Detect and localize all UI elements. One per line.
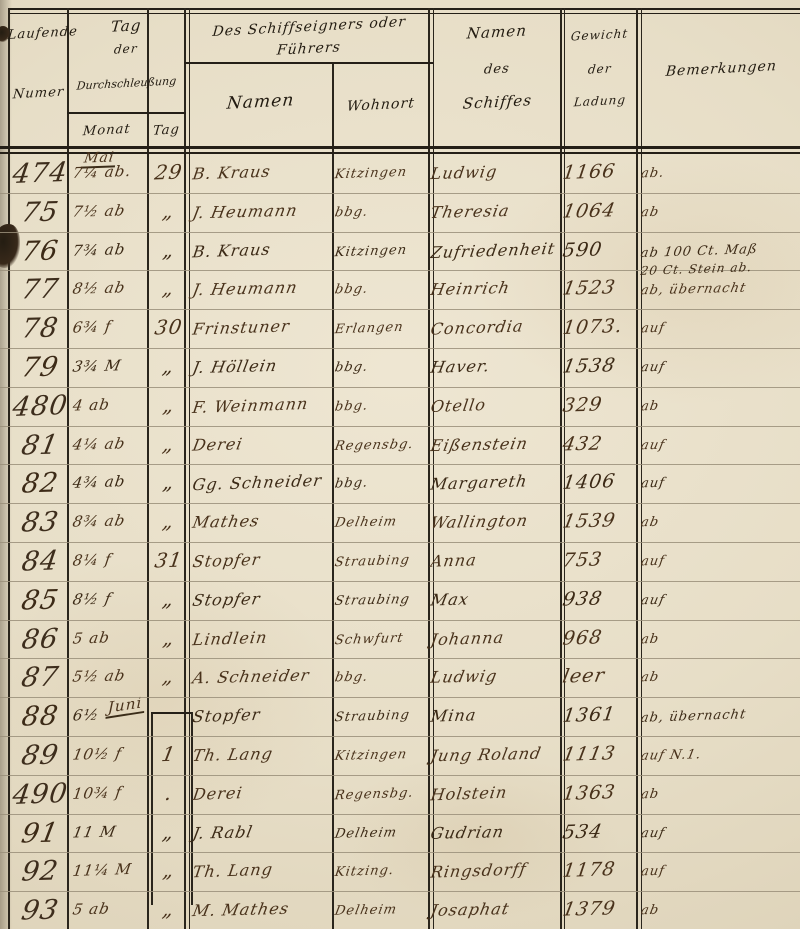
row-number: 474 — [12, 158, 68, 189]
cargo-weight: 590 — [563, 239, 635, 261]
row-number-text: 93 — [19, 895, 61, 927]
ship-name-text: Mina — [430, 705, 478, 726]
remark-text: auf — [640, 825, 667, 841]
ship-name: Max — [431, 590, 559, 609]
header-gewicht-der: der — [564, 58, 636, 77]
owner-residence-text: Regensbg. — [333, 437, 415, 454]
row-number: 81 — [12, 430, 68, 461]
owner-name-text: J. Heumann — [191, 201, 299, 223]
subheader-tag: Tag — [147, 119, 185, 138]
passage-time: 7½ ab — [73, 202, 147, 220]
ship-name: Anna — [431, 551, 559, 570]
passage-time: 8¾ ab — [73, 512, 147, 530]
cargo-weight: 1166 — [563, 161, 635, 183]
row-number-text: 83 — [19, 507, 61, 539]
cargo-weight: 432 — [563, 433, 635, 455]
cargo-weight: 1523 — [563, 277, 635, 299]
remark: auf — [641, 321, 799, 336]
owner-residence-text: Straubing — [334, 708, 411, 726]
day-of-month-text: „ — [161, 199, 177, 223]
header-schiff-namen: Namen — [434, 22, 560, 41]
remark-text: auf — [640, 321, 666, 337]
cargo-weight-text: leer — [561, 665, 607, 688]
owner-name: J. Rabl — [193, 823, 331, 842]
remark: auf — [641, 826, 799, 841]
ledger-row: 814¼ ab„DereiRegensbg.Eißenstein432auf — [0, 426, 800, 465]
owner-residence: Erlangen — [335, 321, 427, 336]
owner-name-text: J. Heumann — [191, 278, 299, 300]
owner-name-text: Stopfer — [191, 589, 262, 610]
remark-text: ab — [640, 631, 660, 647]
passage-time-text: 8½ ab — [71, 279, 127, 298]
day-of-month: „ — [150, 238, 188, 262]
owner-residence: Kitzingen — [335, 166, 427, 181]
owner-name: Stopfer — [193, 551, 331, 570]
remark: ab — [641, 632, 799, 647]
row-number-text: 480 — [10, 390, 69, 423]
owner-name: Lindlein — [193, 629, 331, 648]
owner-residence-text: Straubing — [333, 592, 411, 609]
remark-text: auf — [640, 554, 666, 570]
ship-name-text: Theresia — [429, 201, 511, 222]
remark-text: ab — [640, 670, 661, 685]
owner-residence-text: Erlangen — [334, 320, 405, 337]
ledger-row: 875½ ab„A. Schneiderbbg.Ludwigleerab — [0, 658, 800, 697]
owner-residence: bbg. — [335, 476, 427, 491]
ship-name-text: Jung Roland — [429, 744, 543, 766]
day-of-month-text: 1 — [160, 742, 178, 766]
owner-subheader-line — [184, 62, 433, 64]
day-of-month-text: „ — [162, 858, 177, 882]
remark-text: auf — [640, 864, 666, 880]
remark: ab. — [641, 166, 799, 181]
remark-text: ab — [640, 515, 661, 530]
row-number: 85 — [12, 585, 68, 616]
passage-time-text: 11 M — [71, 822, 118, 841]
ship-name-text: Gudrian — [429, 822, 506, 843]
owner-residence: Regensbg. — [335, 438, 427, 453]
owner-name: J. Höllein — [193, 357, 331, 376]
cargo-weight-text: 1363 — [561, 781, 617, 805]
day-of-month: 30 — [150, 315, 188, 339]
ship-name: Eißenstein — [431, 435, 559, 454]
owner-name: F. Weinmann — [193, 396, 331, 415]
ledger-row: 858½ f„StopferStraubingMax938auf — [0, 581, 800, 620]
row-number-text: 92 — [20, 856, 61, 888]
ledger-row: 9211¼ M„Th. LangKitzing.Ringsdorff1178au… — [0, 852, 800, 891]
cargo-weight: 1064 — [563, 200, 635, 222]
ledger-row: 8910½ f1Th. LangKitzingenJung Roland1113… — [0, 736, 800, 775]
day-of-month: „ — [150, 587, 188, 611]
ledger-row: 778½ ab„J. Heumannbbg.Heinrich1523ab, üb… — [0, 270, 800, 309]
cargo-weight: leer — [563, 665, 635, 687]
day-of-month: „ — [150, 858, 188, 882]
row-number: 84 — [12, 546, 68, 577]
remark: auf — [641, 360, 799, 375]
ledger-row: 935 ab„M. MathesDelheimJosaphat1379ab — [0, 891, 800, 929]
header-bemerkungen: Bemerkungen — [642, 58, 800, 77]
ship-name-text: Ludwig — [429, 162, 498, 183]
owner-residence: bbg. — [335, 399, 427, 414]
cargo-weight: 1379 — [563, 898, 635, 920]
cargo-weight-text: 1539 — [561, 510, 618, 533]
ship-name-text: Max — [429, 589, 471, 609]
passage-time: 4¾ ab — [73, 473, 147, 491]
day-of-month-text: „ — [161, 509, 177, 533]
owner-name-text: M. Mathes — [191, 899, 291, 920]
remark-text: auf — [640, 593, 667, 609]
day-of-month-text: „ — [162, 625, 177, 649]
owner-residence: Delheim — [335, 826, 427, 841]
ledger-row: 865 ab„LindleinSchwfurtJohanna968ab — [0, 620, 800, 659]
ship-name-text: Anna — [430, 550, 479, 571]
row-number: 88 — [12, 701, 68, 732]
day-of-month: „ — [150, 276, 188, 300]
owner-residence-text: Schwfurt — [334, 630, 405, 647]
ledger-row: 886½StopferStraubingMina1361ab, übernach… — [0, 697, 800, 736]
ship-name-text: Heinrich — [429, 278, 512, 299]
ledger-row: 848¼ f31StopferStraubingAnna753auf — [0, 542, 800, 581]
owner-residence: Delheim — [335, 515, 427, 530]
cargo-weight-text: 1379 — [561, 898, 618, 921]
cargo-weight-text: 968 — [561, 626, 604, 649]
owner-residence-text: Kitzingen — [334, 242, 408, 259]
subheader-wohnort: Wohnort — [334, 94, 428, 113]
remark: ab — [641, 399, 799, 414]
owner-name: B. Kraus — [193, 163, 331, 182]
remark-text: ab. — [640, 166, 665, 182]
owner-residence: Regensbg. — [335, 787, 427, 802]
passage-time-text: 6½ — [72, 706, 101, 725]
owner-residence-text: bbg. — [334, 360, 370, 376]
remark-text: ab, übernacht — [640, 707, 748, 726]
header-durchschleussung: Durchschleußung — [64, 72, 188, 91]
row-number: 86 — [12, 624, 68, 655]
ship-name: Otello — [431, 396, 559, 415]
cargo-weight-text: 938 — [561, 587, 605, 610]
cargo-weight-text: 1361 — [561, 703, 617, 727]
passage-time: 11 M — [73, 823, 147, 841]
ledger-row: 4804 ab„F. Weinmannbbg.Otello329ab — [0, 387, 800, 426]
day-of-month: „ — [150, 897, 188, 921]
ship-name: Ludwig — [431, 667, 559, 686]
owner-name-text: J. Höllein — [191, 356, 279, 377]
passage-time-text: 10½ f — [71, 744, 124, 763]
ledger-row: 786¾ f30FrinstunerErlangenConcordia1073.… — [0, 309, 800, 348]
owner-residence: Schwfurt — [335, 632, 427, 647]
cargo-weight-text: 1178 — [561, 858, 617, 882]
row-number: 93 — [12, 895, 68, 926]
ship-name: Holstein — [431, 784, 559, 803]
day-of-month-text: 30 — [153, 315, 184, 340]
row-number-text: 86 — [20, 623, 61, 655]
day-of-month-text: „ — [161, 431, 177, 455]
row-number-text: 474 — [10, 157, 69, 190]
owner-residence: Kitzing. — [335, 864, 427, 879]
cargo-weight: 1406 — [563, 471, 635, 493]
cargo-weight: 329 — [563, 394, 635, 416]
remark-text: auf N.1. — [639, 747, 702, 763]
ship-name-text: Otello — [430, 395, 488, 416]
row-number: 91 — [12, 818, 68, 849]
owner-name-text: J. Rabl — [191, 822, 255, 842]
header-schiff-des: des — [434, 58, 560, 77]
passage-time-text: 4 ab — [72, 395, 112, 414]
header-numer: Numer — [12, 85, 65, 103]
owner-name-text: A. Schneider — [191, 666, 311, 688]
passage-time: 11¼ M — [73, 861, 147, 879]
header-running-number: Laufende — [8, 22, 68, 41]
cargo-weight: 1178 — [563, 859, 635, 881]
day-of-month-text: „ — [162, 237, 177, 261]
owner-name: J. Heumann — [193, 202, 331, 221]
owner-name-text: Mathes — [191, 511, 261, 532]
owner-residence: bbg. — [335, 282, 427, 297]
owner-residence-text: Delheim — [333, 825, 398, 842]
ship-name-text: Zufriedenheit — [429, 238, 556, 261]
row-number: 490 — [12, 779, 68, 810]
ledger-page: Laufende Numer Tag der Durchschleußung M… — [0, 0, 800, 929]
remark: ab — [641, 787, 799, 802]
owner-name: Derei — [193, 435, 331, 454]
day-of-month: 1 — [150, 742, 188, 766]
passage-time-text: 7¾ ab — [72, 240, 127, 260]
remark: ab — [641, 515, 799, 530]
passage-time-text: 4¼ ab — [71, 434, 127, 453]
passage-time: 5 ab — [73, 629, 147, 647]
passage-time-text: 4¾ ab — [72, 472, 127, 492]
ship-name-text: Josaphat — [429, 899, 511, 920]
row-number-text: 91 — [19, 817, 61, 849]
passage-time: 6½ — [73, 706, 147, 724]
owner-residence-text: bbg. — [334, 204, 370, 220]
day-of-month: 31 — [150, 548, 188, 572]
cargo-weight-text: 1406 — [561, 470, 617, 494]
passage-time: 7¾ ab — [73, 241, 147, 259]
row-number-text: 75 — [19, 196, 61, 228]
owner-name: Stopfer — [193, 590, 331, 609]
owner-name: Mathes — [193, 512, 331, 531]
row-number-text: 77 — [19, 274, 61, 306]
owner-residence-text: Delheim — [333, 514, 398, 531]
ship-name-text: Margareth — [429, 472, 528, 494]
day-of-month-text: . — [164, 781, 175, 805]
owner-name: Gg. Schneider — [193, 473, 331, 492]
owner-residence: Kitzingen — [335, 748, 427, 763]
row-number: 480 — [12, 391, 68, 422]
remark: auf N.1. — [641, 748, 799, 763]
cargo-weight-text: 590 — [561, 238, 604, 261]
day-of-month: „ — [150, 820, 188, 844]
owner-residence-text: Kitzing. — [334, 863, 395, 880]
day-of-month: „ — [150, 470, 188, 494]
owner-residence: Kitzingen — [335, 244, 427, 259]
owner-name-text: Lindlein — [191, 627, 268, 649]
remark-text: ab — [640, 903, 661, 918]
ledger-row: 49010¾ f.DereiRegensbg.Holstein1363ab — [0, 775, 800, 814]
ship-name: Gudrian — [431, 823, 559, 842]
ledger-row: 9111 M„J. RablDelheimGudrian534auf — [0, 814, 800, 853]
ship-name: Haver. — [431, 357, 559, 376]
cargo-weight: 753 — [563, 549, 635, 571]
owner-name: B. Kraus — [193, 241, 331, 260]
ship-name: Concordia — [431, 318, 559, 337]
row-number-text: 84 — [20, 545, 61, 577]
passage-time-text: 6¾ f — [72, 318, 113, 337]
owner-residence: Straubing — [335, 554, 427, 569]
passage-time: 7¼ ab. — [73, 163, 147, 181]
owner-residence-text: Kitzingen — [334, 165, 408, 182]
ledger-row: 824¾ ab„Gg. Schneiderbbg.Margareth1406au… — [0, 464, 800, 503]
ship-name-text: Eißenstein — [429, 433, 530, 454]
owner-name: Derei — [193, 784, 331, 803]
ship-name: Johanna — [431, 629, 559, 648]
owner-name: Frinstuner — [193, 318, 331, 337]
passage-time-text: 8¼ f — [72, 550, 113, 569]
ship-name: Theresia — [431, 202, 559, 221]
day-of-month: „ — [150, 664, 188, 688]
owner-name-text: Derei — [192, 783, 244, 804]
remark-text: auf — [640, 437, 667, 453]
owner-name-text: Th. Lang — [191, 860, 274, 882]
day-of-month-text: 31 — [153, 548, 184, 573]
subheader-monat: Monat — [67, 119, 147, 138]
owner-residence: Straubing — [335, 593, 427, 608]
remark-text: ab, übernacht — [639, 281, 747, 299]
row-number-text: 82 — [20, 468, 61, 500]
row-number-text: 490 — [10, 778, 69, 811]
ledger-row: 838¾ ab„MathesDelheimWallington1539ab — [0, 503, 800, 542]
day-of-month: „ — [150, 199, 188, 223]
header-tag: Tag — [67, 16, 185, 35]
row-number-text: 78 — [20, 313, 61, 345]
passage-time-text: 7½ ab — [71, 201, 127, 220]
row-number: 79 — [12, 352, 68, 383]
remark: ab — [641, 670, 799, 685]
owner-name: Th. Lang — [193, 745, 331, 764]
day-of-month: „ — [150, 393, 188, 417]
passage-time: 5 ab — [73, 900, 147, 918]
remark: ab, übernacht — [641, 709, 799, 724]
monat-tag-subheader-line — [67, 112, 186, 114]
passage-time-text: 7¼ ab. — [72, 162, 133, 182]
cargo-weight-text: 1064 — [561, 199, 618, 222]
remark: auf — [641, 438, 799, 453]
row-number-text: 76 — [20, 235, 61, 267]
day-of-month: . — [150, 781, 188, 805]
ledger-row: 4747¼ ab.29B. KrausKitzingenLudwig1166ab… — [0, 154, 800, 193]
remark: auf — [641, 554, 799, 569]
owner-residence-text: bbg. — [334, 476, 369, 492]
day-of-month-text: „ — [161, 587, 177, 611]
owner-residence-text: Straubing — [334, 553, 411, 571]
day-of-month: „ — [150, 354, 188, 378]
row-number-text: 88 — [20, 701, 61, 733]
owner-residence-text: bbg. — [334, 670, 370, 686]
owner-name: Stopfer — [193, 706, 331, 725]
subheader-namen: Namen — [189, 92, 332, 112]
owner-name-text: Gg. Schneider — [191, 471, 323, 494]
owner-residence: Delheim — [335, 903, 427, 918]
header-running-number-2: Numer — [8, 82, 68, 101]
day-of-month — [150, 703, 188, 727]
cargo-weight: 938 — [563, 588, 635, 610]
remark: auf — [641, 593, 799, 608]
remark: auf — [641, 864, 799, 879]
cargo-weight-text: 1523 — [561, 277, 618, 300]
ship-name: Zufriedenheit — [431, 241, 559, 260]
ship-name-text: Haver. — [429, 356, 492, 376]
ship-name: Margareth — [431, 473, 559, 492]
remark: ab 100 Ct. Maß — [641, 244, 799, 259]
day-of-month-text: „ — [162, 393, 177, 417]
cargo-weight-text: 329 — [561, 393, 604, 416]
header-schiffseigner: Des Schiffseigners oder — [189, 16, 429, 35]
header-gewicht: Gewicht — [564, 24, 636, 43]
cargo-weight-text: 1113 — [561, 742, 618, 765]
owner-name-text: B. Kraus — [191, 239, 272, 261]
row-number: 87 — [12, 662, 68, 693]
owner-name-text: B. Kraus — [191, 162, 272, 184]
row-number-text: 89 — [19, 740, 61, 772]
owner-residence: bbg. — [335, 670, 427, 685]
passage-time: 6¾ f — [73, 318, 147, 336]
owner-residence-text: Regensbg. — [334, 785, 415, 803]
row-number: 77 — [12, 274, 68, 305]
passage-time: 8½ f — [73, 590, 147, 608]
owner-residence-text: Delheim — [333, 902, 398, 919]
ship-name-text: Concordia — [429, 317, 525, 339]
row-number: 92 — [12, 856, 68, 887]
remark: auf — [641, 476, 799, 491]
day-of-month-text: 29 — [153, 160, 184, 185]
ship-name: Ringsdorff — [431, 861, 559, 880]
day-of-month-text: „ — [162, 470, 177, 494]
passage-time-text: 8¾ ab — [71, 512, 127, 531]
passage-time-text: 3¾ M — [71, 356, 123, 375]
ledger-row: 757½ ab„J. Heumannbbg.Theresia1064ab — [0, 193, 800, 232]
remark-text: auf — [640, 360, 667, 376]
owner-name-text: Stopfer — [191, 550, 261, 571]
cargo-weight: 1539 — [563, 510, 635, 532]
cargo-weight: 1361 — [563, 704, 635, 726]
cargo-weight-text: 1538 — [561, 354, 618, 377]
cargo-weight: 1538 — [563, 355, 635, 377]
cargo-weight-text: 753 — [561, 548, 604, 571]
owner-name-text: Frinstuner — [191, 317, 291, 339]
row-number-text: 87 — [19, 662, 61, 694]
remark-text: ab — [640, 786, 660, 802]
header-fuehrers: Führers — [189, 38, 429, 57]
cargo-weight-text: 534 — [561, 820, 605, 843]
cargo-weight-text: 432 — [561, 432, 605, 455]
passage-time: 3¾ M — [73, 357, 147, 375]
header-bottom-line-a — [0, 146, 800, 149]
day-of-month-text: „ — [161, 664, 177, 688]
day-of-month-text: „ — [161, 819, 177, 843]
table-border-top — [8, 8, 800, 10]
day-of-month: 29 — [150, 160, 188, 184]
owner-residence: bbg. — [335, 205, 427, 220]
row-number-text: 79 — [19, 352, 61, 384]
remark: ab, übernacht — [641, 282, 799, 297]
header-schiffes: Schiffes — [434, 92, 560, 111]
owner-name: M. Mathes — [193, 900, 331, 919]
row-number-text: 81 — [19, 429, 61, 461]
owner-name-text: Th. Lang — [191, 744, 275, 765]
day-of-month: „ — [150, 432, 188, 456]
owner-name: J. Heumann — [193, 279, 331, 298]
